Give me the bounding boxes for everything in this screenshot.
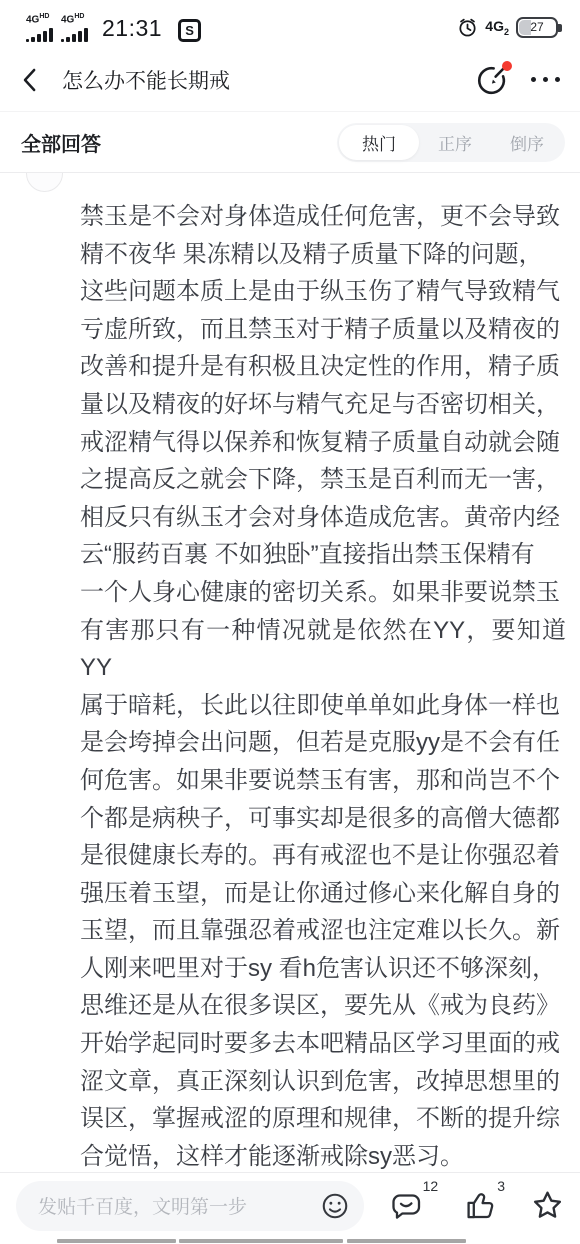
- comment-bubble-icon: [390, 1190, 422, 1222]
- comment-count: 12: [423, 1178, 439, 1194]
- status-left: 4GHD 4GHD 21:31 S: [26, 12, 201, 41]
- network-type: 4G2: [485, 18, 509, 37]
- emoji-button[interactable]: [320, 1191, 350, 1221]
- battery-icon: 27: [516, 17, 558, 38]
- header-actions: [475, 63, 560, 97]
- clock-time: 21:31: [102, 15, 162, 42]
- sogou-ime-icon: S: [178, 19, 201, 42]
- comments-button[interactable]: 12: [390, 1190, 439, 1222]
- compose-button[interactable]: [475, 63, 509, 97]
- answer-text: 禁玉是不会对身体造成任何危害，更不会导致 精不夜华 果冻精以及精子质量下降的问题…: [80, 173, 566, 1171]
- more-menu-button[interactable]: [531, 71, 560, 88]
- avatar[interactable]: [26, 173, 63, 192]
- answers-title: 全部回答: [21, 128, 101, 157]
- back-button[interactable]: [20, 65, 54, 95]
- favorite-button[interactable]: [531, 1189, 564, 1222]
- thumbs-up-icon: [464, 1190, 496, 1222]
- answers-bar: 全部回答 热门 正序 倒序: [0, 112, 580, 173]
- status-bar: 4GHD 4GHD 21:31 S 4G: [0, 0, 580, 48]
- signal-sim2-icon: 4GHD: [61, 12, 88, 41]
- reply-input[interactable]: 发贴千百度，文明第一步: [16, 1181, 364, 1231]
- like-count: 3: [497, 1178, 505, 1194]
- bottom-bar: 发贴千百度，文明第一步 12 3: [0, 1172, 580, 1244]
- sort-tab-hot[interactable]: 热门: [339, 125, 419, 160]
- back-chevron-icon: [20, 65, 40, 95]
- sort-segmented-control: 热门 正序 倒序: [337, 123, 565, 162]
- sort-tab-descending[interactable]: 倒序: [491, 125, 563, 160]
- battery-percent: 27: [530, 20, 543, 34]
- like-button[interactable]: 3: [464, 1190, 505, 1222]
- page-title: 怎么办不能长期戒: [62, 65, 230, 95]
- app-screen: 4GHD 4GHD 21:31 S 4G: [0, 0, 580, 1244]
- header: 怎么办不能长期戒: [0, 48, 580, 112]
- smiley-icon: [320, 1191, 350, 1221]
- status-right: 4G2 27: [457, 17, 558, 38]
- keyboard-hint-bars: [0, 1239, 580, 1243]
- answer-content: 禁玉是不会对身体造成任何危害，更不会导致 精不夜华 果冻精以及精子质量下降的问题…: [0, 173, 580, 1171]
- sort-tab-ascending[interactable]: 正序: [419, 125, 491, 160]
- alarm-icon: [457, 17, 478, 38]
- notification-dot: [502, 61, 512, 71]
- star-icon: [531, 1189, 564, 1222]
- reply-placeholder: 发贴千百度，文明第一步: [38, 1192, 320, 1219]
- signal-sim1-icon: 4GHD: [26, 12, 53, 41]
